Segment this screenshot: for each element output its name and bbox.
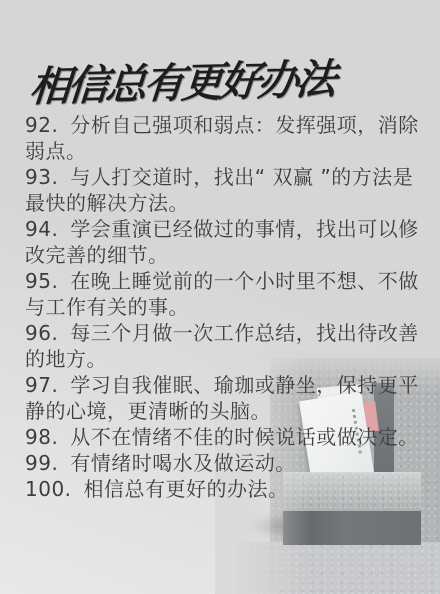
tip-text: 每三个月做一次工作总结，找出待改善 [70,321,419,345]
tip-first-line: 94.学会重演已经做过的事情，找出可以修 [25,216,429,242]
tip-item: 97.学习自我催眠、瑜珈或静坐，保持更平静的心境，更清晰的头脑。 [25,372,429,424]
page-title: 相信总有更好办法 [28,46,337,113]
tip-number: 99. [25,451,58,475]
tip-number: 98. [25,425,58,449]
tip-text-continuation: 改完善的细节。 [25,242,429,268]
tip-text: 相信总有更好的办法。 [84,477,289,501]
tip-item: 93.与人打交道时，找出“ 双赢 ”的方法是最快的解决方法。 [25,164,429,216]
tip-number: 94. [25,217,58,241]
tips-list: 92.分析自己强项和弱点：发挥强项，消除弱点。93.与人打交道时，找出“ 双赢 … [25,112,429,502]
tip-number: 96. [25,321,58,345]
tip-text-continuation: 与工作有关的事。 [25,294,429,320]
tip-first-line: 92.分析自己强项和弱点：发挥强项，消除 [25,112,429,138]
tip-number: 95. [25,269,58,293]
tip-number: 93. [25,165,58,189]
tip-text: 从不在情绪不佳的时候说话或做决定。 [70,425,419,449]
page-background: 相信总有更好办法 92.分析自己强项和弱点：发挥强项，消除弱点。93.与人打交道… [0,0,440,594]
tip-text-continuation: 静的心境，更清晰的头脑。 [25,398,429,424]
tip-first-line: 99.有情绪时喝水及做运动。 [25,450,429,476]
tip-text-continuation: 最快的解决方法。 [25,190,429,216]
tip-text: 分析自己强项和弱点：发挥强项，消除 [70,113,419,137]
tip-item: 92.分析自己强项和弱点：发挥强项，消除弱点。 [25,112,429,164]
tip-first-line: 95.在晚上睡觉前的一个小时里不想、不做 [25,268,429,294]
tip-first-line: 96.每三个月做一次工作总结，找出待改善 [25,320,429,346]
tip-first-line: 98.从不在情绪不佳的时候说话或做决定。 [25,424,429,450]
tip-first-line: 100.相信总有更好的办法。 [25,476,429,502]
tip-number: 100. [25,477,72,501]
tip-item: 95.在晚上睡觉前的一个小时里不想、不做与工作有关的事。 [25,268,429,320]
tip-number: 97. [25,373,58,397]
tip-item: 98.从不在情绪不佳的时候说话或做决定。 [25,424,429,450]
tip-item: 94.学会重演已经做过的事情，找出可以修改完善的细节。 [25,216,429,268]
tip-item: 96.每三个月做一次工作总结，找出待改善的地方。 [25,320,429,372]
tip-text: 有情绪时喝水及做运动。 [70,451,296,475]
tip-text-continuation: 的地方。 [25,346,429,372]
tip-text: 在晚上睡觉前的一个小时里不想、不做 [70,269,419,293]
tip-text-continuation: 弱点。 [25,138,429,164]
tip-item: 100.相信总有更好的办法。 [25,476,429,502]
tip-first-line: 97.学习自我催眠、瑜珈或静坐，保持更平 [25,372,429,398]
tip-item: 99.有情绪时喝水及做运动。 [25,450,429,476]
tip-first-line: 93.与人打交道时，找出“ 双赢 ”的方法是 [25,164,429,190]
tip-number: 92. [25,113,58,137]
tip-text: 学会重演已经做过的事情，找出可以修 [70,217,419,241]
tip-text: 学习自我催眠、瑜珈或静坐，保持更平 [70,373,419,397]
tip-text: 与人打交道时，找出“ 双赢 ”的方法是 [70,165,413,189]
